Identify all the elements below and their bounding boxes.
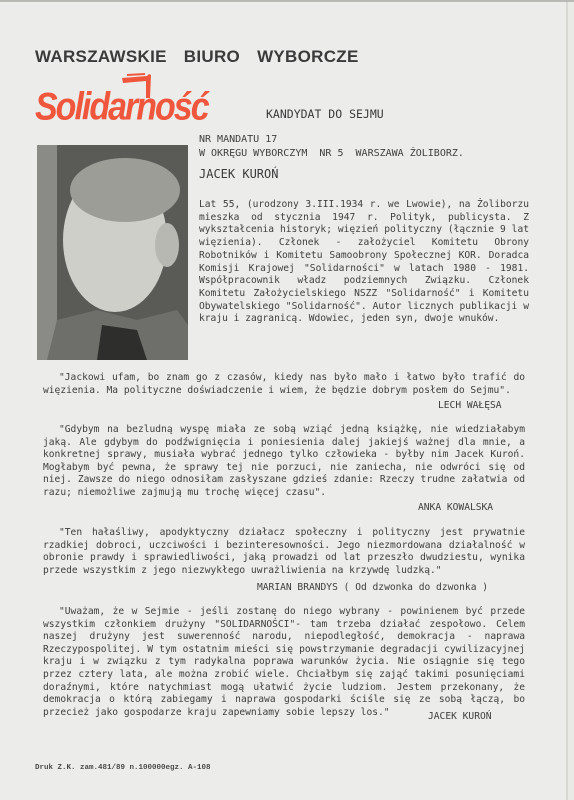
quote-author-kuron: JACEK KUROŃ: [428, 711, 492, 722]
quote-walesa: "Jackowi ufam, bo znam go z czasów, kied…: [43, 372, 525, 397]
candidacy-title: KANDYDAT DO SEJMU: [266, 107, 384, 121]
quote-author-brandys: MARIAN BRANDYS ( Od dzwonka do dzwonka ): [257, 582, 488, 593]
portrait-image: [37, 145, 188, 360]
quote-kuron: "Uważam, że w Sejmie - jeśli zostanę do …: [43, 606, 525, 719]
quote-author-walesa: LECH WAŁĘSA: [438, 400, 502, 411]
mandate-info: NR MANDATU 17 W OKRĘGU WYBORCZYM NR 5 WA…: [199, 133, 464, 161]
candidate-biography: Lat 55, (urodzony 3.III.1934 r. we Lwowi…: [199, 199, 529, 326]
print-imprint: Druk Z.K. zam.481/89 n.100000egz. A-108: [35, 764, 211, 772]
quote-author-kowalska: ANKA KOWALSKA: [418, 502, 493, 513]
candidate-photo: [37, 145, 188, 360]
logo-wordmark: Solidarność: [35, 85, 208, 130]
office-header: WARSZAWSKIE BIURO WYBORCZE: [35, 47, 359, 67]
mandate-number: NR MANDATU 17: [199, 133, 464, 147]
quote-kowalska: "Gdybym na bezludną wyspę miała ze sobą …: [43, 424, 525, 500]
candidate-name: JACEK KUROŃ: [199, 167, 278, 181]
top-edge: [0, 0, 574, 2]
solidarnosc-logo: Solidarność: [35, 72, 195, 134]
electoral-district: W OKRĘGU WYBORCZYM NR 5 WARSZAWA ŻOLIBOR…: [199, 147, 464, 161]
quote-brandys: "Ten hałaśliwy, apodyktyczny działacz sp…: [43, 527, 525, 577]
